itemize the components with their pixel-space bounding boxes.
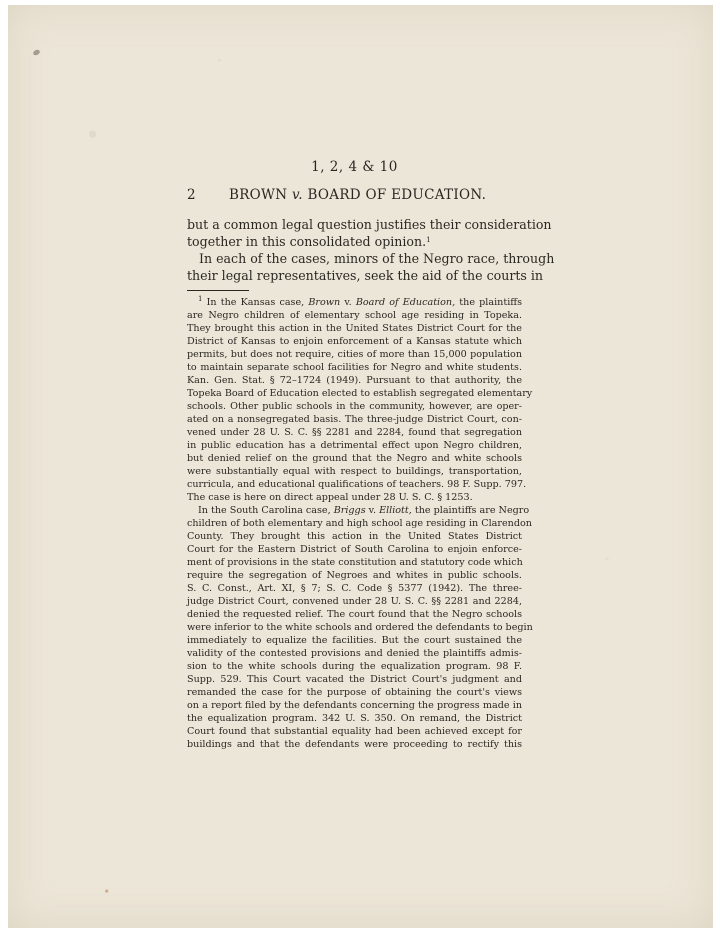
footnote-line: remanded the case for the purpose of obt… bbox=[187, 686, 522, 699]
footnote-line: In the South Carolina case, Briggs v. El… bbox=[187, 504, 522, 517]
case-name-italic: Briggs bbox=[334, 505, 366, 516]
footnote-line: curricula, and educational qualification… bbox=[187, 478, 522, 491]
body-line: together in this consolidated opinion.1 bbox=[187, 233, 522, 250]
footnote-line: Supp. 529. This Court vacated the Distri… bbox=[187, 673, 522, 686]
footnote-line: in public education has a detrimental ef… bbox=[187, 439, 522, 452]
body-line: In each of the cases, minors of the Negr… bbox=[187, 250, 522, 267]
footnote-line: on a report filed by the defendants conc… bbox=[187, 699, 522, 712]
body-line: their legal representatives, seek the ai… bbox=[187, 267, 522, 284]
footnote-line: Court for the Eastern District of South … bbox=[187, 543, 522, 556]
footnote-line: ment of provisions in the state constitu… bbox=[187, 556, 522, 569]
footnote-ref[interactable]: 1 bbox=[426, 236, 430, 244]
case-name-italic: Board of Education, bbox=[356, 297, 455, 308]
footnote-line: permits, but does not require, cities of… bbox=[187, 348, 522, 361]
case-name-italic: Brown bbox=[308, 297, 340, 308]
footnote-line: sion to the white schools during the equ… bbox=[187, 660, 522, 673]
body-text: together in this consolidated opinion. bbox=[187, 234, 426, 249]
footnote-line: ated on a nonsegregated basis. The three… bbox=[187, 413, 522, 426]
footnote-line: but denied relief on the ground that the… bbox=[187, 452, 522, 465]
case-name-italic: Elliott, bbox=[379, 505, 412, 516]
footnote-line: were inferior to the white schools and o… bbox=[187, 621, 522, 634]
title-versus: v. bbox=[292, 187, 303, 203]
paper-smudge bbox=[32, 49, 40, 56]
footnote-divider bbox=[187, 290, 249, 291]
case-numbers: 1, 2, 4 & 10 bbox=[187, 159, 522, 175]
page-number: 2 bbox=[187, 187, 196, 203]
footnote-line: 1 In the Kansas case, Brown v. Board of … bbox=[187, 296, 522, 309]
footnote-line: County. They brought this action in the … bbox=[187, 530, 522, 543]
footnote-line: to maintain separate school facilities f… bbox=[187, 361, 522, 374]
footnote-line: validity of the contested provisions and… bbox=[187, 647, 522, 660]
footnote-line: children of both elementary and high sch… bbox=[187, 517, 522, 530]
footnote-line: schools. Other public schools in the com… bbox=[187, 400, 522, 413]
footnote-line: denied the requested relief. The court f… bbox=[187, 608, 522, 621]
footnote-line: Kan. Gen. Stat. § 72–1724 (1949). Pursua… bbox=[187, 374, 522, 387]
body-line: but a common legal question justifies th… bbox=[187, 216, 522, 233]
footnote-line: Topeka Board of Education elected to est… bbox=[187, 387, 522, 400]
page-title: BROWN v. BOARD OF EDUCATION. bbox=[229, 187, 486, 203]
footnote-line: buildings and that the defendants were p… bbox=[187, 738, 522, 751]
footnote-line: require the segregation of Negroes and w… bbox=[187, 569, 522, 582]
title-part: BOARD OF EDUCATION. bbox=[303, 187, 486, 203]
footnote-line: They brought this action in the United S… bbox=[187, 322, 522, 335]
title-part: BROWN bbox=[229, 187, 292, 203]
footnote-line: the equalization program. 342 U. S. 350.… bbox=[187, 712, 522, 725]
footnote-line: are Negro children of elementary school … bbox=[187, 309, 522, 322]
footnote-line: The case is here on direct appeal under … bbox=[187, 491, 522, 504]
footnote-line: District of Kansas to enjoin enforcement… bbox=[187, 335, 522, 348]
footnote-marker: 1 bbox=[198, 295, 202, 303]
footnote-line: Court found that substantial equality ha… bbox=[187, 725, 522, 738]
footnote-line: were substantially equal with respect to… bbox=[187, 465, 522, 478]
footnote-line: immediately to equalize the facilities. … bbox=[187, 634, 522, 647]
footnote-line: S. C. Const., Art. XI, § 7; S. C. Code §… bbox=[187, 582, 522, 595]
footnote-line: judge District Court, convened under 28 … bbox=[187, 595, 522, 608]
footnote-line: vened under 28 U. S. C. §§ 2281 and 2284… bbox=[187, 426, 522, 439]
